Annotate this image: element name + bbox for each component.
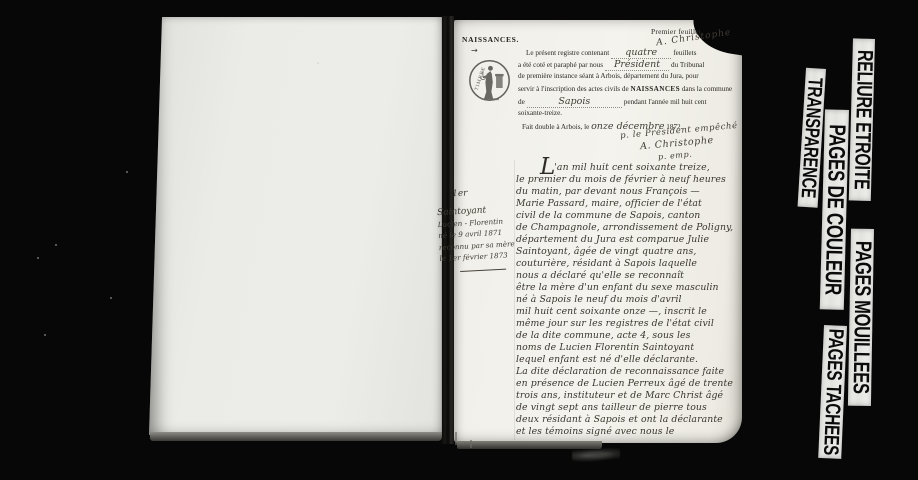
dust-speck bbox=[126, 171, 128, 173]
margin-act-number: 1er bbox=[452, 186, 516, 199]
binding-mark bbox=[470, 440, 472, 448]
dust-speck bbox=[110, 297, 112, 299]
preamble-line: de première instance séant à Arbois, dép… bbox=[518, 72, 742, 84]
margin-note-lines: SaintoyantLucien - Florentinné le 9 avri… bbox=[437, 204, 520, 266]
act-line: même jour sur les registres de l'état ci… bbox=[516, 318, 744, 330]
dust-speck bbox=[317, 62, 319, 64]
register-left-page bbox=[149, 17, 442, 435]
preamble-line: deSapoispendant l'année mil huit cent bbox=[518, 97, 742, 109]
margin-annotation: 1er SaintoyantLucien - Florentinné le 9 … bbox=[436, 186, 520, 273]
binding-mark bbox=[455, 432, 457, 445]
act-line: civil de la commune de Sapois, canton bbox=[516, 210, 744, 222]
naissances-heading: NAISSANCES. bbox=[462, 35, 519, 44]
birth-act-text: L'an mil huit cent soixante treize, le p… bbox=[516, 162, 744, 438]
preamble-line: a été coté et paraphé par nousPrésidentd… bbox=[518, 60, 742, 72]
timbre-stamp-icon: TIMBRE bbox=[467, 57, 512, 104]
act-line: Saintoyant, âgée de vingt quatre ans, bbox=[516, 246, 744, 258]
act-line: mil huit cent soixante onze —, inscrit l… bbox=[516, 306, 744, 318]
act-line: et les témoins signé avec nous le bbox=[516, 426, 744, 438]
microfilm-scan-background: Premier feuillet. A. Christophe NAISSANC… bbox=[0, 0, 918, 480]
handwritten-commune: Sapois bbox=[558, 96, 590, 107]
act-line: né à Sapois le neuf du mois d'avril bbox=[516, 294, 744, 306]
act-line: noms de Lucien Florentin Saintoyant bbox=[516, 342, 744, 354]
act-line: L'an mil huit cent soixante treize, bbox=[540, 162, 744, 174]
film-smudge bbox=[572, 448, 620, 462]
act-line: être la mère d'un enfant du sexe masculi… bbox=[516, 282, 744, 294]
label-strip-pages-de-couleur: PAGES DE COULEUR bbox=[820, 109, 849, 310]
label-strip-reliure-etroite: RELIURE ETROITE bbox=[849, 38, 875, 201]
act-line: La dite déclaration de reconnaissance fa… bbox=[516, 366, 744, 378]
label-strip-pages-mouillees: PAGES MOUILLEES bbox=[848, 229, 874, 406]
handwritten-authority: Président bbox=[614, 59, 660, 70]
act-line: de vingt sept ans tailleur de pierre tou… bbox=[516, 402, 744, 414]
dust-speck bbox=[37, 257, 39, 259]
act-line: du matin, par devant nous François — bbox=[516, 186, 744, 198]
margin-note-underline bbox=[460, 268, 506, 271]
label-strip-pages-tachees: PAGES TACHEES bbox=[818, 325, 847, 459]
handwritten-folio-count: quatre bbox=[625, 47, 657, 58]
act-line: de la dite commune, acte 4, sous les bbox=[516, 330, 744, 342]
signature-line: p. emp. bbox=[658, 150, 693, 162]
preamble-line: soixante-treize. bbox=[518, 109, 742, 121]
left-page-bottom-edge bbox=[150, 432, 442, 441]
act-line: département du Jura est comparue Julie bbox=[516, 234, 744, 246]
pointer-ornament-icon: → bbox=[471, 46, 478, 55]
act-line: lequel enfant est né d'elle déclarante. bbox=[516, 354, 744, 366]
act-line: de Champagnole, arrondissement de Polign… bbox=[516, 222, 744, 234]
act-line: en présence de Lucien Perreux âgé de tre… bbox=[516, 378, 744, 390]
dust-speck bbox=[44, 334, 46, 336]
printed-preamble: Le présent registre contenantquatrefeuil… bbox=[518, 48, 742, 133]
act-line: deux résidant à Sapois et ont la déclara… bbox=[516, 414, 744, 426]
act-line: couturière, résidant à Sapois laquelle bbox=[516, 258, 744, 270]
register-right-page: Premier feuillet. A. Christophe NAISSANC… bbox=[454, 20, 742, 443]
preamble-line: servir à l'inscription des actes civils … bbox=[518, 85, 742, 97]
act-line: le premier du mois de février à neuf heu… bbox=[516, 174, 744, 186]
act-line: trois ans, instituteur et de Marc Christ… bbox=[516, 390, 744, 402]
act-line: Marie Passard, maire, officier de l'état bbox=[516, 198, 744, 210]
act-line: nous a déclaré qu'elle se reconnaît bbox=[516, 270, 744, 282]
dust-speck bbox=[55, 244, 57, 246]
